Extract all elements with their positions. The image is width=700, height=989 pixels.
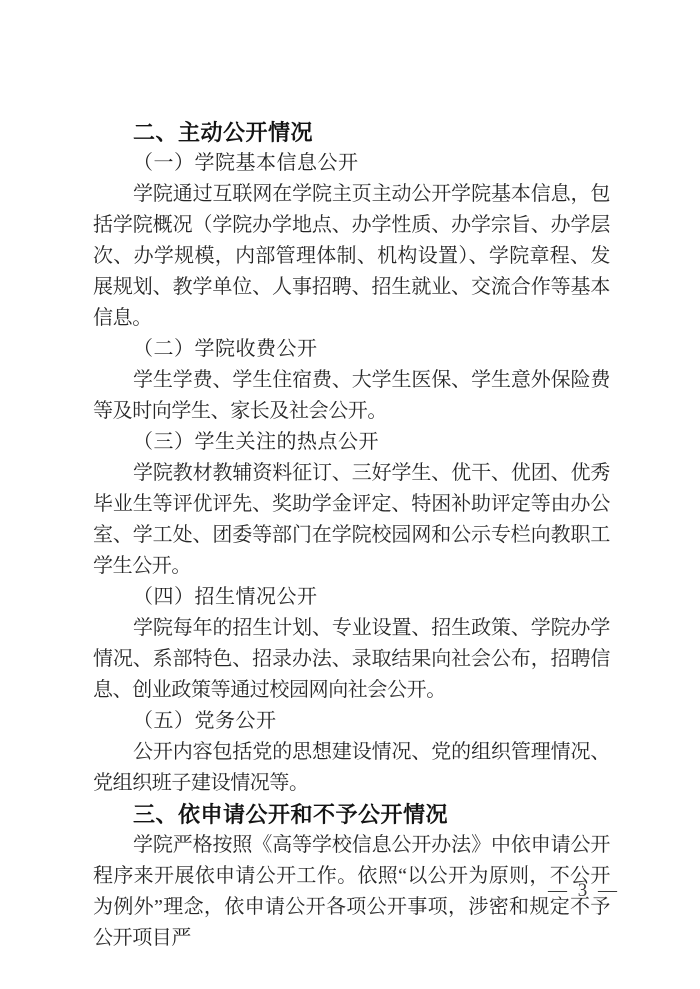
subsection-heading-basic-info: （一）学院基本信息公开 [93, 148, 610, 179]
section-heading-active-disclosure: 二、主动公开情况 [93, 117, 610, 148]
body-paragraph: 学院每年的招生计划、专业设置、招生政策、学院办学情况、系部特色、招录办法、录取结… [93, 613, 610, 706]
document-body: 二、主动公开情况 （一）学院基本信息公开 学院通过互联网在学院主页主动公开学院基… [93, 117, 610, 954]
subsection-heading-fees: （二）学院收费公开 [93, 334, 610, 365]
body-paragraph: 学生学费、学生住宿费、大学生医保、学生意外保险费等及时向学生、家长及社会公开。 [93, 365, 610, 427]
body-paragraph: 公开内容包括党的思想建设情况、党的组织管理情况、党组织班子建设情况等。 [93, 737, 610, 799]
subsection-heading-party-affairs: （五）党务公开 [93, 706, 610, 737]
subsection-heading-enrollment: （四）招生情况公开 [93, 582, 610, 613]
subsection-heading-student-hotspots: （三）学生关注的热点公开 [93, 427, 610, 458]
page-number: — 3 — [548, 880, 620, 902]
body-paragraph: 学院通过互联网在学院主页主动公开学院基本信息，包括学院概况（学院办学地点、办学性… [93, 179, 610, 334]
body-paragraph: 学院严格按照《高等学校信息公开办法》中依申请公开程序来开展依申请公开工作。依照“… [93, 830, 610, 954]
document-page: 二、主动公开情况 （一）学院基本信息公开 学院通过互联网在学院主页主动公开学院基… [0, 0, 700, 989]
body-paragraph: 学院教材教辅资料征订、三好学生、优干、优团、优秀毕业生等评优评先、奖助学金评定、… [93, 458, 610, 582]
section-heading-on-request-disclosure: 三、依申请公开和不予公开情况 [93, 799, 610, 830]
